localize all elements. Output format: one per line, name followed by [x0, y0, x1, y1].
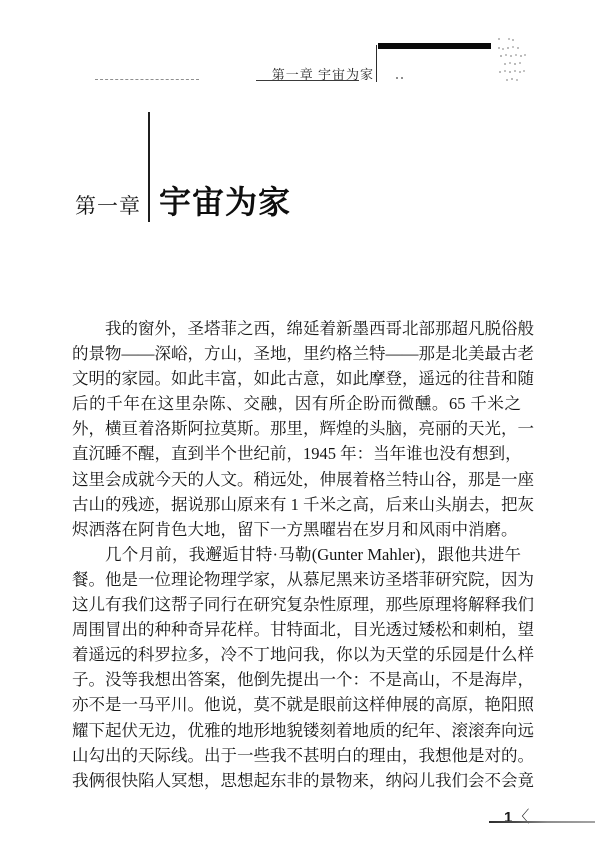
text-line: 子。没等我想出答案，他倒先提出一个：不是高山，不是海岸，: [72, 667, 521, 692]
text-line: 几个月前，我邂逅甘特·马勒(Gunter Mahler)，跟他共进午: [72, 542, 521, 567]
header-left-rule: [95, 79, 199, 80]
page-number: 1: [504, 809, 513, 826]
scan-dots: [396, 77, 398, 79]
text-line: 餐。他是一位理论物理学家，从慕尼黑来访圣塔菲研究院，因为: [72, 567, 521, 592]
title-vertical-rule: [148, 112, 150, 222]
text-line: 周围冒出的种种奇异花样。甘特面北，目光透过矮松和刺柏，望: [72, 617, 521, 642]
header-black-bar: [378, 43, 491, 49]
book-page: 第一章 宇宙为家 第一章 宇宙为家 我的窗外，圣塔菲之西，绵延着新墨西哥北部那超…: [0, 0, 595, 852]
text-line: 亦不是一马平川。他说，莫不就是眼前这样伸展的高原，艳阳照: [72, 692, 521, 717]
text-line: 我俩很快陷人冥想，思想起东非的景物来，纳闷儿我们会不会竟: [72, 768, 521, 793]
text-line: 山勾出的天际线。出于一些我不甚明白的理由，我想他是对的。: [72, 743, 521, 768]
text-line: 的景物——深峪，方山，圣地，里约格兰特——那是北美最古老: [72, 341, 521, 366]
text-line: 耀下起伏无边，优雅的地形地貌镂刻着地质的纪年、滚滚奔向远: [72, 718, 521, 743]
text-line: 后的千年在这里杂陈、交融，因有所企盼而微醺。65 千米之: [72, 391, 521, 416]
text-line: 文明的家园。如此丰富，如此古意，如此摩登，遥远的往昔和随: [72, 366, 521, 391]
text-line: 我的窗外，圣塔菲之西，绵延着新墨西哥北部那超凡脱俗般: [72, 316, 521, 341]
body-text: 我的窗外，圣塔菲之西，绵延着新墨西哥北部那超凡脱俗般的景物——深峪，方山，圣地，…: [72, 316, 521, 793]
footer-rule: [489, 821, 595, 823]
header-vertical-rule: [376, 45, 377, 82]
text-line: 着遥远的科罗拉多，冷不丁地问我，你以为天堂的乐园是什么样: [72, 642, 521, 667]
page-number-bracket: 〈: [513, 809, 530, 826]
text-line: 烬洒落在阿肯色大地，留下一方黑曜岩在岁月和风雨中消磨。: [72, 517, 521, 542]
text-line: 这里会成就今天的人文。稍远处，伸展着格兰特山谷，那是一座: [72, 467, 521, 492]
page-number-wrap: 1〈: [504, 804, 530, 827]
chapter-title: 宇宙为家: [159, 185, 291, 219]
chapter-number-label: 第一章: [75, 195, 141, 217]
running-header-underline: [256, 80, 359, 81]
scan-artifacts: [498, 38, 500, 40]
text-line: 直沉睡不醒，直到半个世纪前，1945 年：当年谁也没有想到，: [72, 441, 521, 466]
text-line: 这儿有我们这帮子同行在研究复杂性原理，那些原理将解释我们: [72, 592, 521, 617]
text-line: 外，横亘着洛斯阿拉莫斯。那里，辉煌的头脑，亮丽的天光，一: [72, 416, 521, 441]
text-line: 古山的残迹，据说那山原来有 1 千米之高，后来山头崩去，把灰: [72, 492, 521, 517]
